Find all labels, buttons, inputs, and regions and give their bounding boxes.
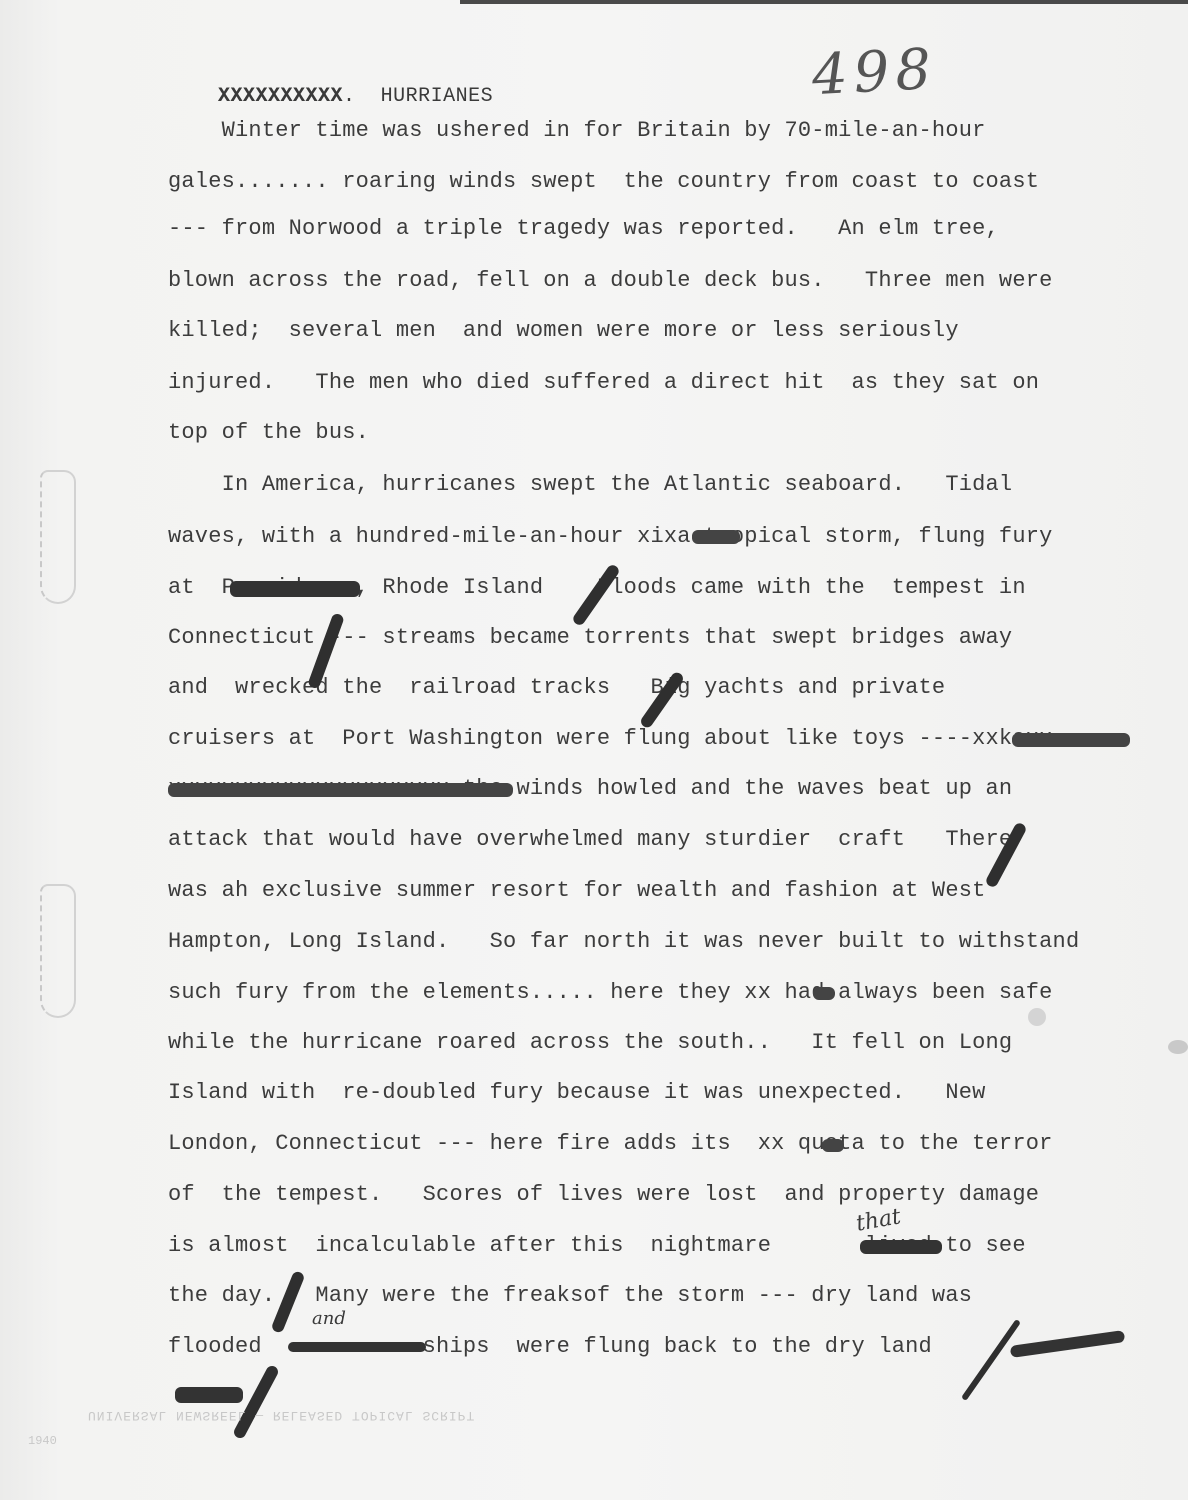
struck-word-providence (230, 581, 360, 597)
text-line: cruisers at Port Washington were flung a… (168, 726, 1053, 751)
paper-blemish (1028, 1008, 1046, 1026)
text-line: gales....... roaring winds swept the cou… (168, 169, 1039, 194)
heading-separator: . (343, 85, 356, 108)
text-line: was ah exclusive summer resort for wealt… (168, 878, 986, 903)
footer-mark: 1940 (28, 1434, 57, 1448)
text-line: In America, hurricanes swept the Atlanti… (168, 472, 1012, 497)
binder-hole-icon (40, 884, 76, 1018)
struck-word-while-the (288, 1342, 426, 1352)
paper-blemish (1168, 1040, 1188, 1054)
text-line: top of the bus. (168, 420, 369, 445)
text-line: blown across the road, fell on a double … (168, 268, 1053, 293)
top-border-rule (460, 0, 1188, 4)
binder-hole-icon (40, 470, 76, 604)
text-line: Winter time was ushered in for Britain b… (168, 118, 986, 143)
typed-overstrike (692, 530, 740, 544)
text-line: attack that would have overwhelmed many … (168, 827, 1012, 852)
text-line: such fury from the elements..... here th… (168, 980, 1053, 1005)
text-line: while the hurricane roared across the so… (168, 1030, 1012, 1055)
document-page: XXXXXXXXXX. HURRIANES 498 Winter time wa… (0, 0, 1188, 1500)
text-line: flooded ships were flung back to the dry… (168, 1334, 932, 1359)
text-line: killed; several men and women were more … (168, 318, 959, 343)
handwritten-insert-that: that (854, 1204, 903, 1236)
typed-overstrike (813, 987, 835, 1000)
typed-overstrike (1012, 733, 1130, 747)
text-line: of the tempest. Scores of lives were los… (168, 1182, 1039, 1207)
text-line: Connecticut --- streams became torrents … (168, 625, 1012, 650)
text-line: London, Connecticut --- here fire adds i… (168, 1131, 1053, 1156)
handwritten-page-number: 498 (810, 37, 938, 108)
mirrored-bleedthrough-text: UNIVERSAL NEWSREEL — RELEASED TOPICAL SC… (88, 1408, 475, 1423)
text-line: Island with re-doubled fury because it w… (168, 1080, 986, 1105)
text-line: Hampton, Long Island. So far north it wa… (168, 929, 1079, 954)
text-line: waves, with a hundred-mile-an-hour xixa … (168, 524, 1053, 549)
struck-word-somewhere (1010, 1330, 1126, 1358)
text-line: and wrecked the railroad tracks Big yach… (168, 675, 945, 700)
pen-slash-mark (961, 1319, 1021, 1401)
struck-heading-word: XXXXXXXXXX (218, 85, 343, 108)
heading-title: HURRIANES (381, 85, 494, 108)
typed-overstrike (822, 1139, 844, 1152)
struck-word-else (175, 1387, 243, 1403)
typed-overstrike (168, 783, 513, 797)
text-line: injured. The men who died suffered a dir… (168, 370, 1039, 395)
struck-word-which (860, 1240, 942, 1254)
handwritten-insert-and: and (312, 1308, 346, 1329)
text-line: --- from Norwood a triple tragedy was re… (168, 216, 999, 241)
